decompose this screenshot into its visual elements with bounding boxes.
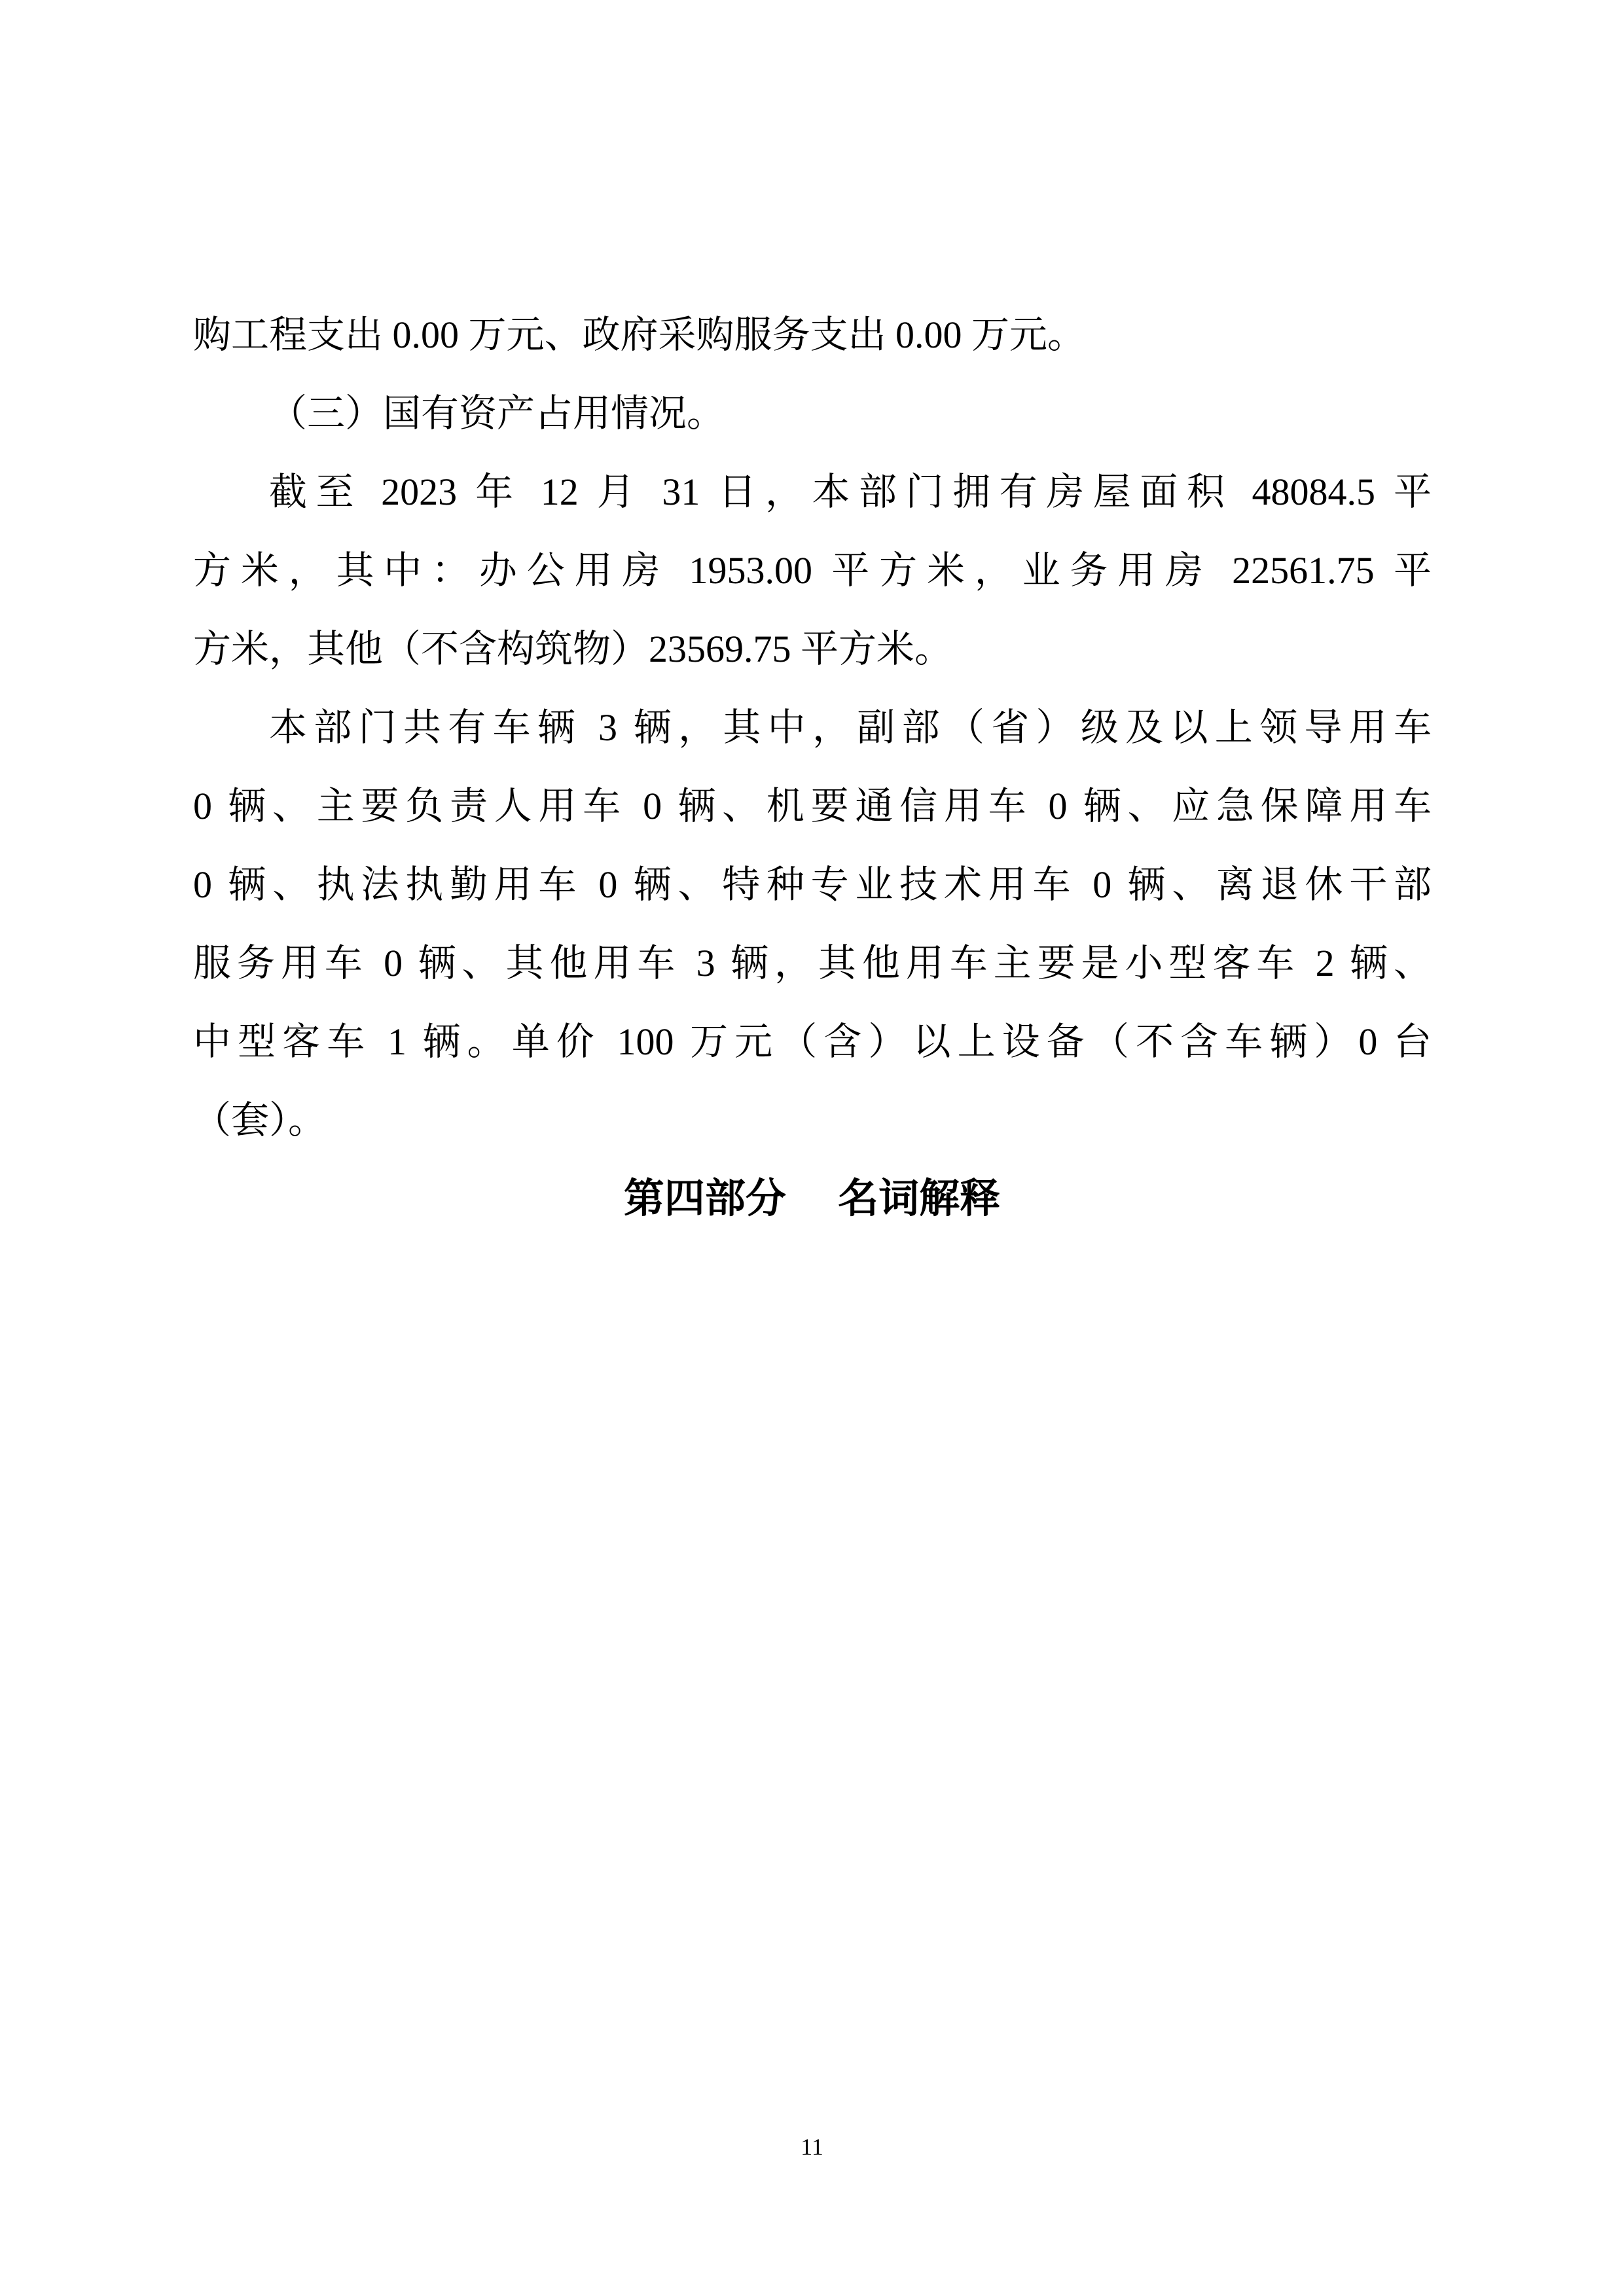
text-line: 方米，其中：办公用房 1953.00 平方米，业务用房 22561.75 平 <box>193 531 1432 610</box>
text-line: 截至 2023 年 12 月 31 日，本部门拥有房屋面积 48084.5 平 <box>193 453 1432 531</box>
text-line: 服务用车 0 辆、其他用车 3 辆，其他用车主要是小型客车 2 辆、 <box>193 924 1432 1003</box>
text-line: 购工程支出 0.00 万元、政府采购服务支出 0.00 万元。 <box>193 296 1432 374</box>
document-body: 购工程支出 0.00 万元、政府采购服务支出 0.00 万元。（三）国有资产占用… <box>193 296 1432 1160</box>
section-heading-title: 名词解释 <box>838 1176 1000 1221</box>
text-line: 本部门共有车辆 3 辆，其中，副部（省）级及以上领导用车 <box>193 689 1432 767</box>
page-number: 11 <box>0 2132 1624 2161</box>
text-line: （套）。 <box>193 1081 1432 1160</box>
text-line: 0 辆、主要负责人用车 0 辆、机要通信用车 0 辆、应急保障用车 <box>193 767 1432 846</box>
section-heading-number: 第四部分 <box>624 1176 786 1221</box>
text-line: 方米，其他（不含构筑物）23569.75 平方米。 <box>193 610 1432 689</box>
section-heading: 第四部分 名词解释 <box>0 1160 1624 1238</box>
text-line: （三）国有资产占用情况。 <box>193 374 1432 453</box>
text-line: 中型客车 1 辆。单价 100 万元（含）以上设备（不含车辆）0 台 <box>193 1003 1432 1081</box>
document-page: 购工程支出 0.00 万元、政府采购服务支出 0.00 万元。（三）国有资产占用… <box>0 0 1624 2296</box>
text-line: 0 辆、执法执勤用车 0 辆、特种专业技术用车 0 辆、离退休干部 <box>193 846 1432 924</box>
